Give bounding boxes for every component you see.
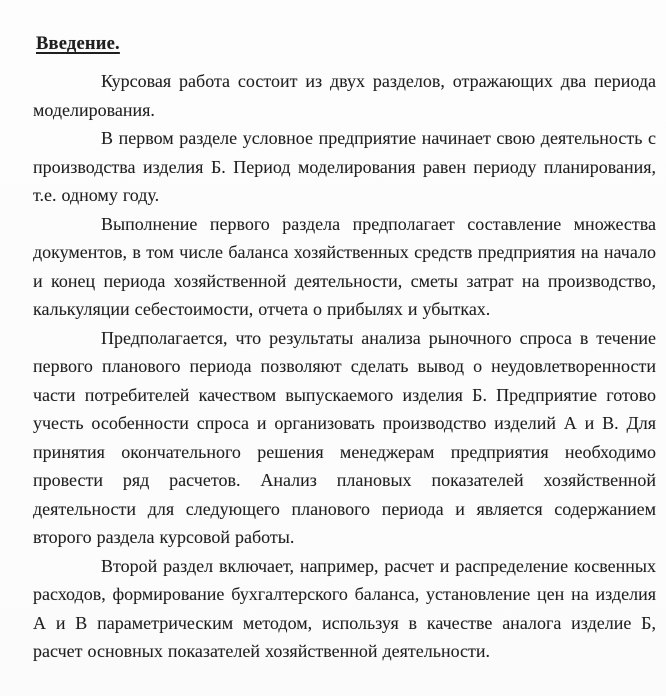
paragraph-4: Предполагается, что результаты анализа р… [33, 324, 656, 552]
section-title: Введение. [36, 30, 656, 59]
document-page: Введение. Курсовая работа состоит из дву… [0, 0, 666, 696]
paragraph-2: В первом разделе условное предприятие на… [33, 124, 656, 210]
paragraph-1: Курсовая работа состоит из двух разделов… [33, 67, 656, 124]
document-body: Курсовая работа состоит из двух разделов… [33, 67, 656, 666]
paragraph-5: Второй раздел включает, например, расчет… [33, 552, 656, 666]
paragraph-3: Выполнение первого раздела предполагает … [33, 210, 656, 324]
